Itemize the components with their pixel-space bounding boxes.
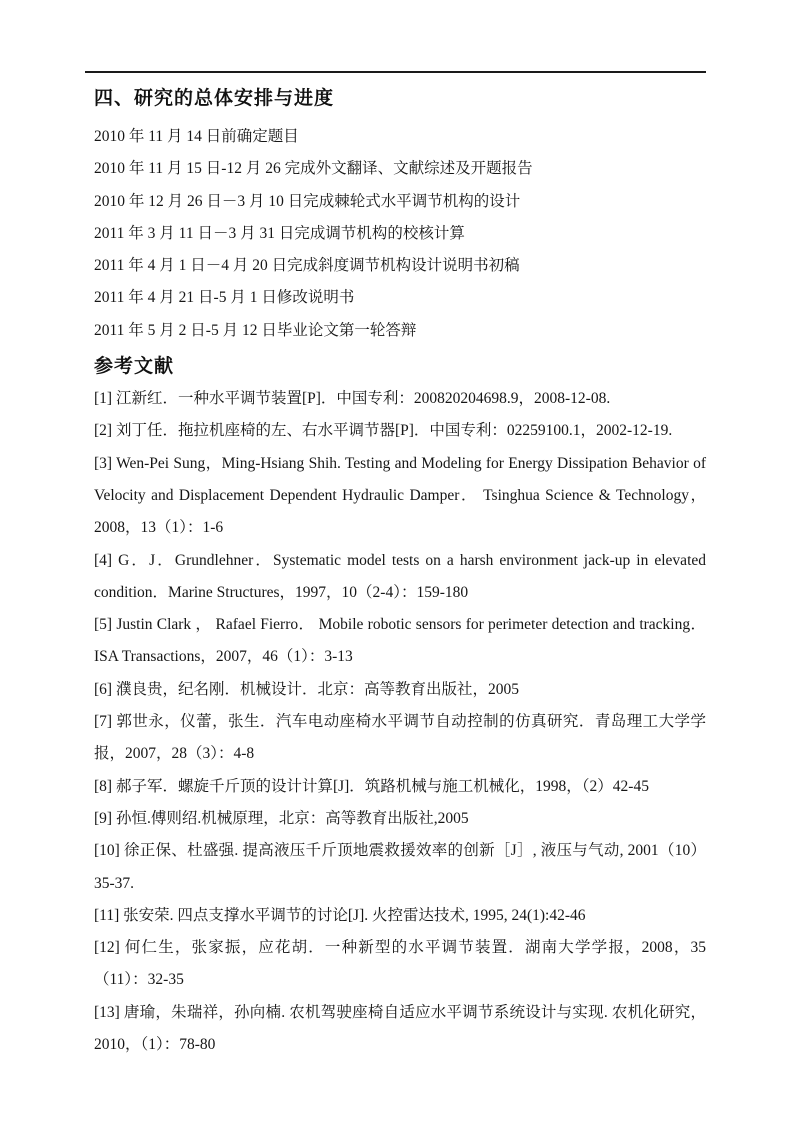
schedule-section-title: 四、研究的总体安排与进度 xyxy=(94,86,706,112)
reference-item: [5] Justin Clark ， Rafael Fierro． Mobile… xyxy=(94,609,706,674)
reference-item: [10] 徐正保、杜盛强. 提高液压千斤顶地震救援效率的创新［J］, 液压与气动… xyxy=(94,835,706,900)
schedule-line: 2010 年 11 月 15 日-12 月 26 完成外文翻译、文献综述及开题报… xyxy=(94,153,706,185)
schedule-line: 2010 年 11 月 14 日前确定题目 xyxy=(94,121,706,153)
reference-item: [11] 张安荣. 四点支撑水平调节的讨论[J]. 火控雷达技术, 1995, … xyxy=(94,900,706,932)
schedule-line: 2011 年 3 月 11 日－3 月 31 日完成调节机构的校核计算 xyxy=(94,218,706,250)
reference-item: [7] 郭世永，仪蕾，张生．汽车电动座椅水平调节自动控制的仿真研究．青岛理工大学… xyxy=(94,706,706,771)
reference-item: [4] G．J．Grundlehner．Systematic model tes… xyxy=(94,545,706,610)
reference-item: [1] 江新红．一种水平调节装置[P]．中国专利：200820204698.9，… xyxy=(94,383,706,415)
reference-item: [6] 濮良贵，纪名刚．机械设计．北京：高等教育出版社，2005 xyxy=(94,674,706,706)
schedule-line: 2011 年 5 月 2 日-5 月 12 日毕业论文第一轮答辩 xyxy=(94,315,706,347)
reference-item: [2] 刘丁任．拖拉机座椅的左、右水平调节器[P]．中国专利：02259100.… xyxy=(94,415,706,447)
document-page: 四、研究的总体安排与进度 2010 年 11 月 14 日前确定题目 2010 … xyxy=(0,0,793,1122)
reference-item: [8] 郝子军．螺旋千斤顶的设计计算[J]．筑路机械与施工机械化，1998，（2… xyxy=(94,771,706,803)
reference-item: [13] 唐瑜，朱瑞祥，孙向楠. 农机驾驶座椅自适应水平调节系统设计与实现. 农… xyxy=(94,997,706,1062)
document-content: 四、研究的总体安排与进度 2010 年 11 月 14 日前确定题目 2010 … xyxy=(94,0,706,1061)
reference-list: [1] 江新红．一种水平调节装置[P]．中国专利：200820204698.9，… xyxy=(94,383,706,1061)
reference-item: [3] Wen-Pei Sung，Ming-Hsiang Shih. Testi… xyxy=(94,448,706,545)
schedule-line: 2010 年 12 月 26 日－3 月 10 日完成棘轮式水平调节机构的设计 xyxy=(94,186,706,218)
reference-item: [9] 孙恒.傅则绍.机械原理，北京：高等教育出版社,2005 xyxy=(94,803,706,835)
schedule-line: 2011 年 4 月 1 日－4 月 20 日完成斜度调节机构设计说明书初稿 xyxy=(94,250,706,282)
schedule-list: 2010 年 11 月 14 日前确定题目 2010 年 11 月 15 日-1… xyxy=(94,121,706,347)
references-section-title: 参考文献 xyxy=(94,354,706,380)
schedule-line: 2011 年 4 月 21 日-5 月 1 日修改说明书 xyxy=(94,282,706,314)
reference-item: [12] 何仁生，张家振，应花胡．一种新型的水平调节装置．湖南大学学报，2008… xyxy=(94,932,706,997)
